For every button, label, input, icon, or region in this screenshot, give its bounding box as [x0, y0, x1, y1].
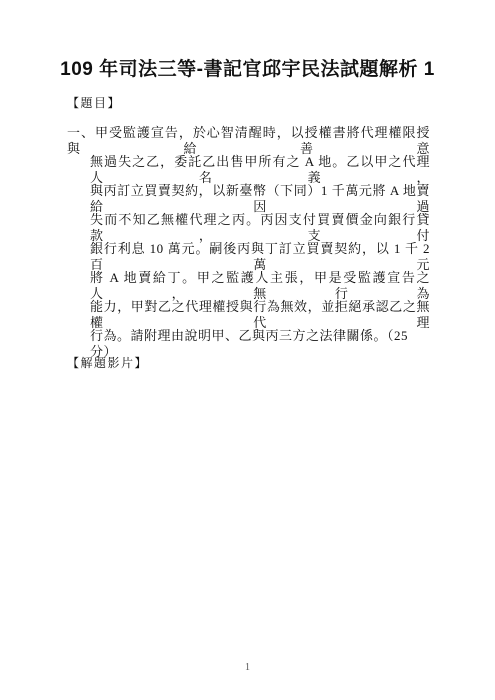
- question-line-text: 甲受監護宣告，於心智清醒時，以授權書將代理權限授與給善意: [67, 125, 430, 156]
- question-line-4: 失而不知乙無權代理之丙。丙因支付買賣價金向銀行貸款，支付: [90, 212, 430, 241]
- page-number: 1: [0, 662, 495, 674]
- question-line-5: 銀行利息 10 萬元。嗣後丙與丁訂立買賣契約，以 1 千 2 百萬元: [90, 241, 430, 270]
- question-line-6: 將 A 地賣給丁。甲之監護人主張，甲是受監護宣告之人，無行為: [90, 270, 430, 299]
- question-number-prefix: 一、: [67, 125, 95, 140]
- question-section-label: 【題目】: [67, 96, 121, 110]
- question-paragraph: 一、甲受監護宣告，於心智清醒時，以授權書將代理權限授與給善意 無過失之乙，委託乙…: [67, 125, 430, 357]
- question-line-8: 行為。請附理由說明甲、乙與丙三方之法律關係。（25 分）: [90, 328, 430, 357]
- video-section-label: 【解題影片】: [67, 356, 148, 370]
- question-line-2: 無過失之乙，委託乙出售甲所有之 A 地。乙以甲之代理人名義，: [90, 154, 430, 183]
- question-line-3: 與丙訂立買賣契約，以新臺幣（下同）1 千萬元將 A 地賣給因過: [90, 183, 430, 212]
- question-line-1: 一、甲受監護宣告，於心智清醒時，以授權書將代理權限授與給善意: [67, 125, 430, 154]
- question-line-7: 能力，甲對乙之代理權授與行為無效，並拒絕承認乙之無權代理: [90, 299, 430, 328]
- page-title: 109 年司法三等-書記官邱宇民法試題解析 1: [0, 59, 495, 81]
